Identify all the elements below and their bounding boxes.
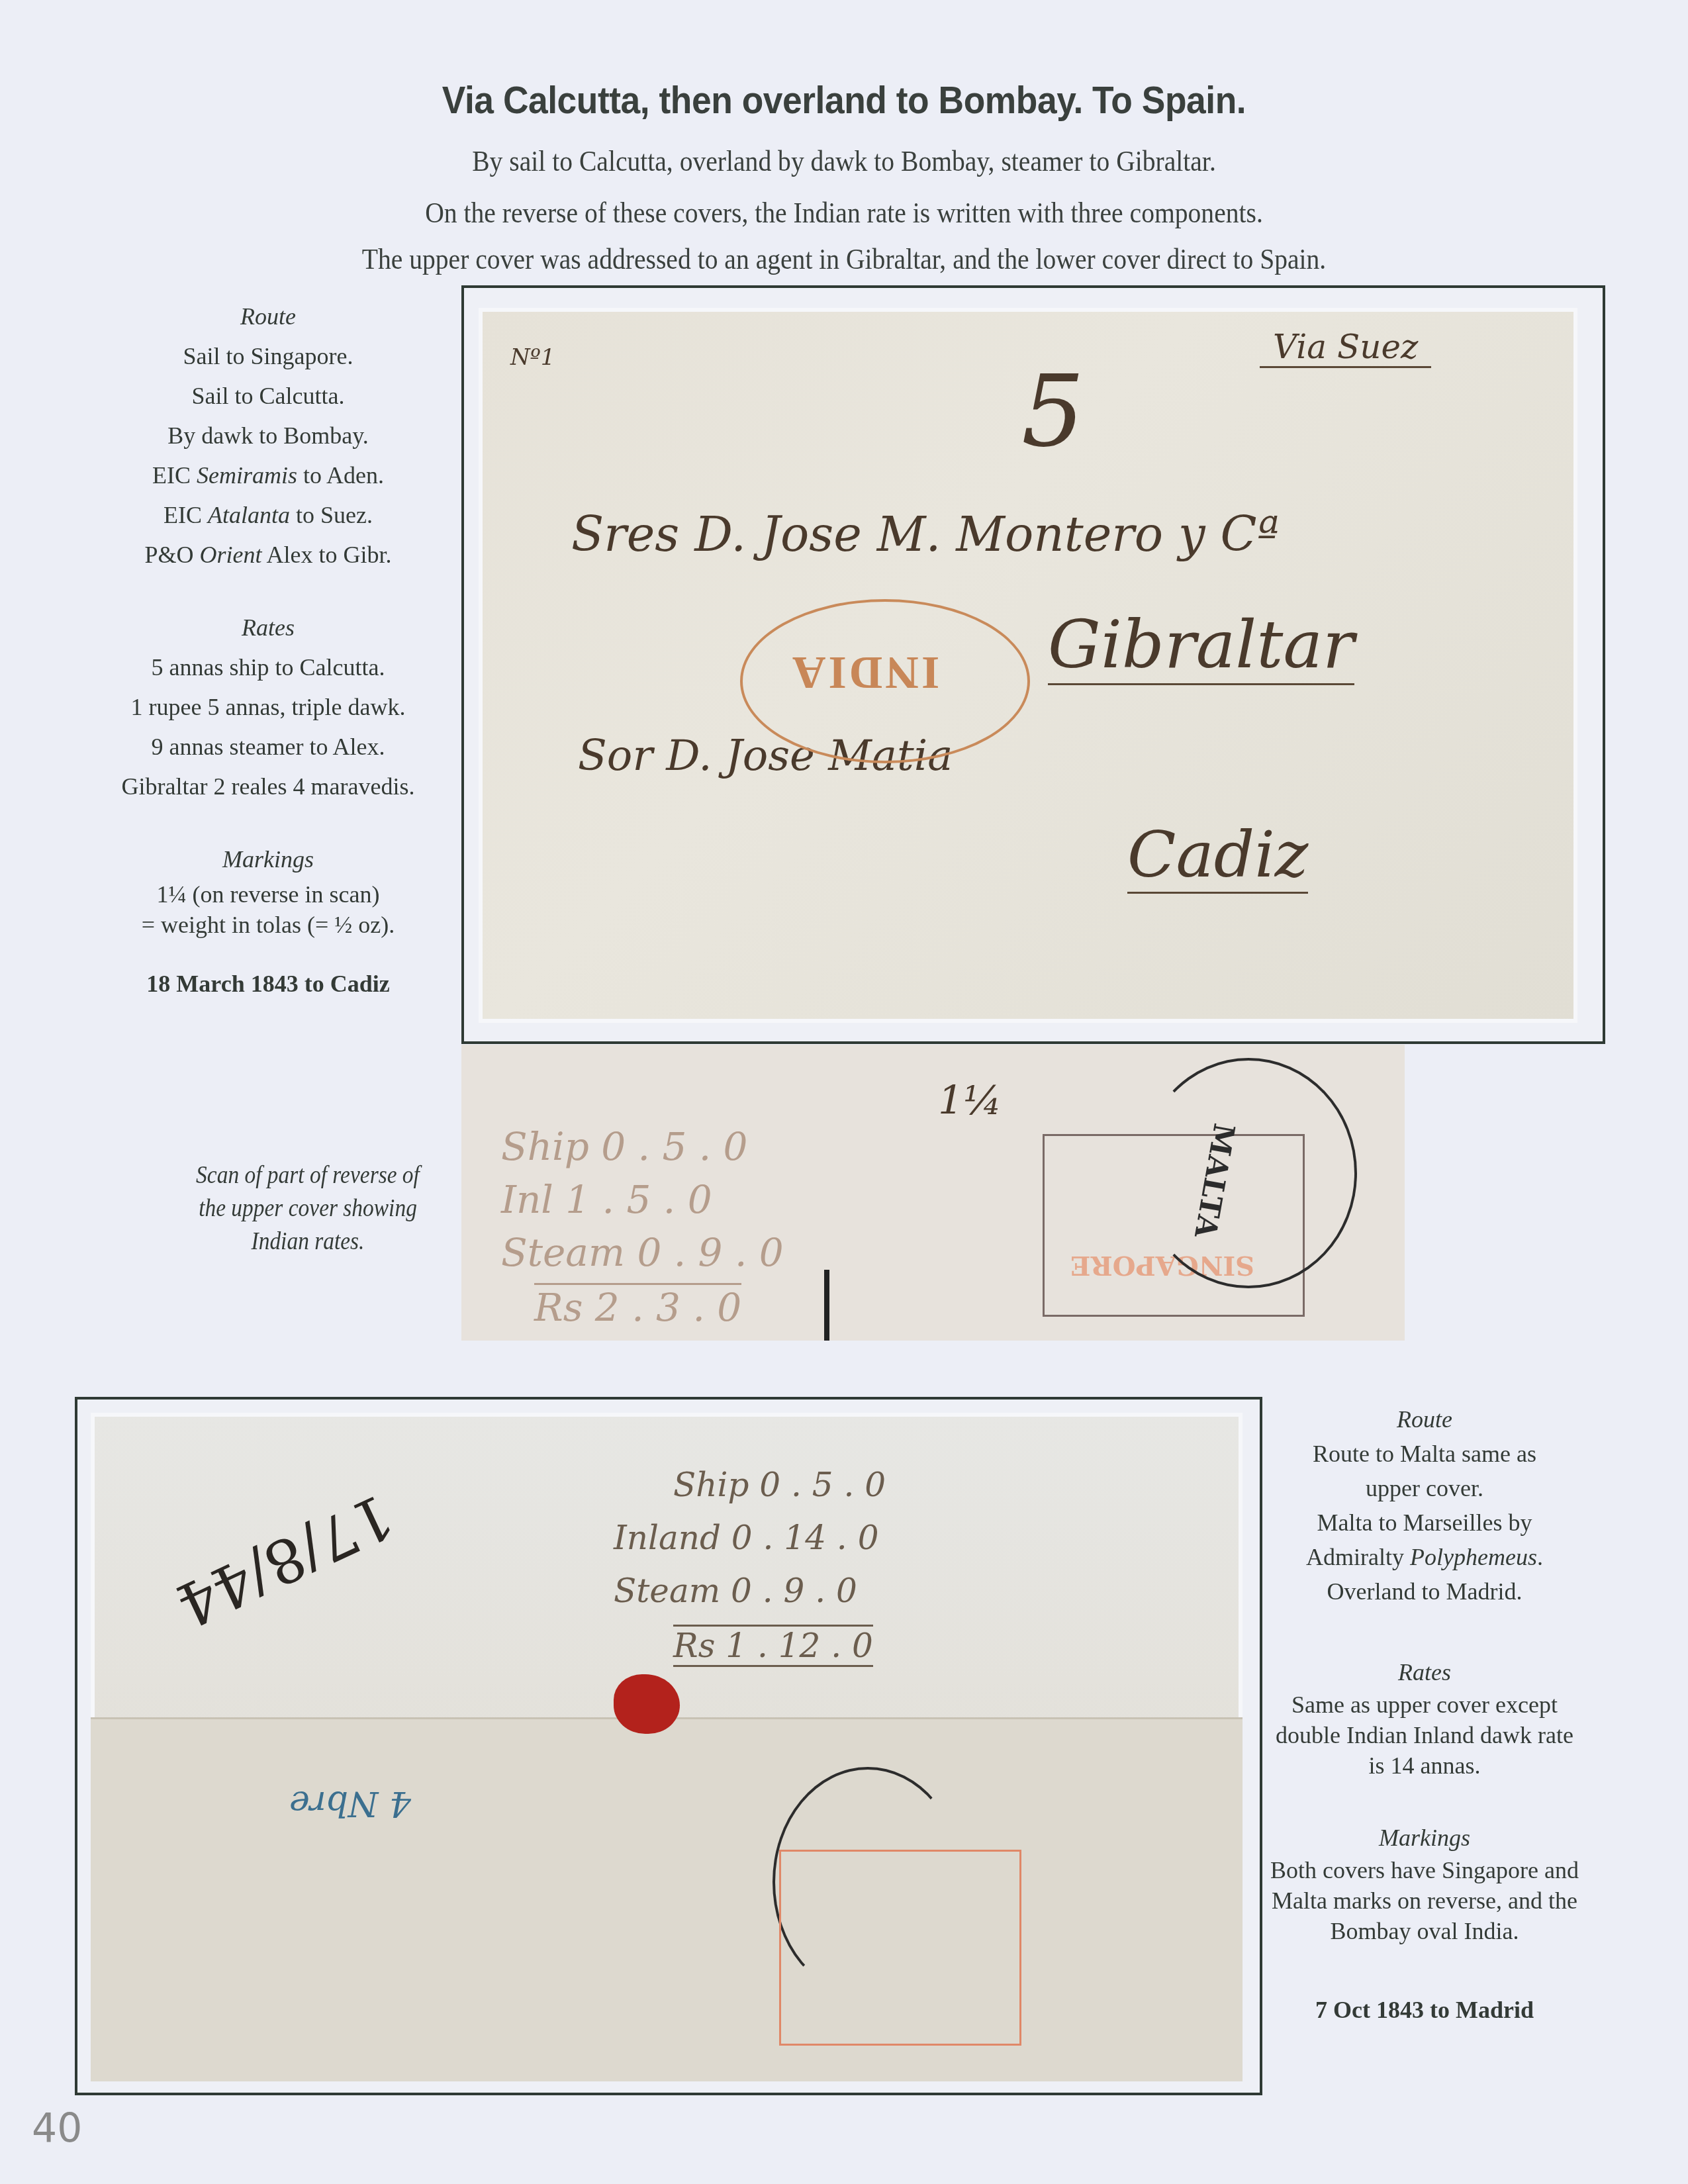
markings-line: 1¼ (on reverse in scan) xyxy=(66,879,470,910)
subtitle-line-2: On the reverse of these covers, the Indi… xyxy=(85,196,1604,230)
lower-rate-total: Rs 1 . 12 . 0 xyxy=(673,1625,873,1667)
ink-stroke xyxy=(824,1270,829,1341)
rate-mark: 5 xyxy=(1021,354,1084,469)
address-line-2: Gibraltar xyxy=(1048,606,1354,685)
india-oval-text: INDIA xyxy=(790,645,939,698)
corner-note: Nº1 xyxy=(510,344,555,371)
subtitle-line-3: The upper cover was addressed to an agen… xyxy=(85,242,1604,276)
rates-text: Same as upper cover except double Indian… xyxy=(1266,1689,1583,1781)
address-line-1: Sres D. Jose M. Montero y Cª xyxy=(571,506,1280,562)
route-line: Malta to Marseilles by Admiralty Polyphe… xyxy=(1266,1505,1583,1574)
route-heading: Route xyxy=(1266,1402,1583,1437)
scan-rate-line: Inl 1 . 5 . 0 xyxy=(501,1177,712,1222)
lower-rate-line: Inland 0 . 14 . 0 xyxy=(614,1519,878,1557)
blue-pencil-note: 4 Nbre xyxy=(289,1783,411,1823)
scan-rate-line: Steam 0 . 9 . 0 xyxy=(501,1230,784,1275)
route-line: EIC Semiramis to Aden. xyxy=(66,455,470,495)
lower-rate-line: Steam 0 . 9 . 0 xyxy=(614,1572,857,1610)
rate-line: 5 annas ship to Calcutta. xyxy=(66,647,470,687)
route-line: Overland to Madrid. xyxy=(1266,1574,1583,1609)
scan-caption: Scan of part of reverse of the upper cov… xyxy=(171,1159,445,1258)
markings-text: Both covers have Singapore and Malta mar… xyxy=(1266,1855,1583,1946)
rate-line: Gibraltar 2 reales 4 maravedis. xyxy=(66,767,470,806)
rate-line: 9 annas steamer to Alex. xyxy=(66,727,470,767)
page-number: 40 xyxy=(32,2105,82,2152)
malta-cds xyxy=(1140,1058,1357,1288)
weight-note: 1¼ xyxy=(938,1078,1002,1124)
page-title: Via Calcutta, then overland to Bombay. T… xyxy=(68,78,1620,122)
markings-heading: Markings xyxy=(1266,1821,1583,1855)
upper-cover-frame: Nº1 Via Suez 5 Sres D. Jose M. Montero y… xyxy=(461,285,1605,1044)
lower-rate-line: Ship 0 . 5 . 0 xyxy=(673,1466,886,1504)
lower-cover-image: 17/8/44 Ship 0 . 5 . 0 Inland 0 . 14 . 0… xyxy=(91,1413,1243,2081)
markings-line: = weight in tolas (= ½ oz). xyxy=(66,910,470,940)
lower-cover-date: 7 Oct 1843 to Madrid xyxy=(1266,1993,1583,2027)
route-line: Sail to Calcutta. xyxy=(66,376,470,416)
address-line-4: Cadiz xyxy=(1127,818,1308,894)
wax-seal xyxy=(614,1674,680,1734)
route-line: Route to Malta same as upper cover. xyxy=(1266,1437,1583,1505)
upper-cover-date: 18 March 1843 to Cadiz xyxy=(66,964,470,1004)
markings-heading: Markings xyxy=(66,839,470,879)
route-line: EIC Atalanta to Suez. xyxy=(66,495,470,535)
route-line: By dawk to Bombay. xyxy=(66,416,470,455)
lower-cover-frame: 17/8/44 Ship 0 . 5 . 0 Inland 0 . 14 . 0… xyxy=(75,1397,1262,2095)
rate-line: 1 rupee 5 annas, triple dawk. xyxy=(66,687,470,727)
docket-date: 17/8/44 xyxy=(166,1480,404,1640)
cover-flap xyxy=(91,1717,1243,2081)
route-line: P&O Orient Alex to Gibr. xyxy=(66,535,470,575)
via-suez-note: Via Suez xyxy=(1260,328,1431,368)
upper-notes: Route Sail to Singapore. Sail to Calcutt… xyxy=(66,297,470,1004)
scan-rate-line: Ship 0 . 5 . 0 xyxy=(501,1124,748,1169)
route-line: Sail to Singapore. xyxy=(66,336,470,376)
rates-heading: Rates xyxy=(1266,1655,1583,1689)
upper-cover-image: Nº1 Via Suez 5 Sres D. Jose M. Montero y… xyxy=(479,308,1577,1023)
rates-heading: Rates xyxy=(66,608,470,647)
subtitle-line-1: By sail to Calcutta, overland by dawk to… xyxy=(85,144,1604,178)
reverse-scan-image: 1¼ Ship 0 . 5 . 0 Inl 1 . 5 . 0 Steam 0 … xyxy=(461,1045,1405,1341)
route-heading: Route xyxy=(66,297,470,336)
singapore-box-stamp-lower xyxy=(779,1850,1021,2046)
lower-notes: Route Route to Malta same as upper cover… xyxy=(1266,1402,1583,2027)
scan-rate-total: Rs 2 . 3 . 0 xyxy=(534,1283,741,1330)
